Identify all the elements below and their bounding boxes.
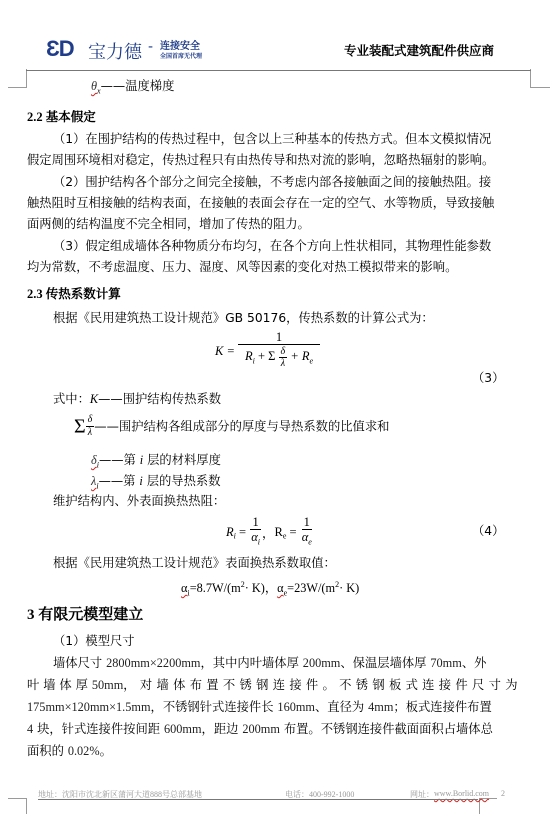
paragraph-8-line-4: 4 块，针式连接件按间距 600mm，距边 200mm 布置。不锈钢连接件截面面… — [27, 721, 493, 737]
paragraph-7: （1）模型尺寸 — [53, 633, 135, 649]
equation-4-number: （4） — [472, 523, 504, 539]
paragraph-2-line-1: （2）围护结构各个部分之间完全接触，不考虑内部各接触面之间的接触热阻。接 — [53, 174, 491, 190]
crop-mark-top-right-h — [530, 87, 550, 88]
paragraph-8-line-3: 175mm×120mm×1.5mm，不锈钢针式连接件长 160mm、直径为 4m… — [27, 699, 492, 715]
sum-definition: Σ δ λ ——围护结构各组成部分的厚度与导热系数的比值求和 — [74, 414, 389, 444]
crop-mark-top-left-v — [26, 69, 27, 88]
where-k-definition: 式中：K——围护结构传热系数 — [53, 391, 221, 407]
lambda-definition: λi——第 i 层的导热系数 — [91, 473, 221, 494]
paragraph-1-line-2: 假定周围环境相对稳定，传热过程只有由热传导和热对流的影响，忽略热辐射的影响。 — [27, 152, 494, 168]
crop-mark-bottom-left-h — [8, 798, 27, 799]
section-2-3-title: 2.3 传热系数计算 — [27, 284, 121, 302]
crop-mark-top-left-h — [8, 87, 27, 88]
alpha-values: αi=8.7W/(m2· K)，αe=23W/(m2· K) — [181, 577, 359, 602]
paragraph-4: 根据《民用建筑热工设计规范》GB 50176，传热系数的计算公式为： — [53, 310, 434, 326]
paragraph-6: 根据《民用建筑热工设计规范》表面换热系数取值： — [53, 555, 336, 571]
paragraph-2-line-3: 面两侧的结构温度不完全相同，增加了传热的阻力。 — [27, 216, 310, 232]
equation-3-number: （3） — [472, 370, 504, 386]
footer-website-link[interactable]: www.Borlid.com — [434, 789, 489, 798]
brand-name: 宝力德 — [88, 38, 142, 64]
brand-slogan-sub: 全国首席无代理 — [160, 51, 202, 60]
footer-rule — [38, 799, 478, 800]
crop-mark-bottom-left-v — [26, 798, 27, 814]
brand-slogan: 连接安全 — [160, 37, 200, 52]
paragraph-1-line-1: （1）在围护结构的传热过程中，包含以上三种基本的传热方式。但本文模拟情况 — [53, 131, 491, 147]
brand-logo-icon: ƐD — [46, 36, 74, 62]
delta-definition: δi——第 i 层的材料厚度 — [91, 452, 221, 473]
section-3-title: 3 有限元模型建立 — [27, 603, 143, 624]
paragraph-2-line-2: 触热阻时互相接触的结构表面，在接触的表面会存在一定的空气、水等物质，导致接触 — [27, 195, 494, 211]
crop-mark-top-right-v — [530, 69, 531, 88]
brand-dash: - — [148, 39, 153, 55]
paragraph-8-line-5: 面积的 0.02%。 — [27, 743, 112, 759]
header-rule — [26, 70, 531, 71]
page-footer: 地址：沈阳市沈北新区蒲河大道888号总部基地 电话：400-992-1000 网… — [38, 789, 508, 801]
section-2-2-title: 2.2 基本假定 — [27, 107, 96, 125]
paragraph-8-line-1: 墙体尺寸 2800mm×2200mm，其中内叶墙体厚 200mm、保温层墙体厚 … — [53, 655, 486, 671]
paragraph-3-line-1: （3）假定组成墙体各种物质分布均匀，在各个方向上性状相同，其物理性能参数 — [53, 238, 491, 254]
header-tagline: 专业装配式建筑配件供应商 — [344, 41, 494, 59]
equation-3: K = 1 Ri + Σ δ λ + Re — [215, 330, 320, 373]
equation-4: Ri = 1 αi ，Re = 1 αe — [226, 515, 314, 550]
paragraph-5: 维护结构内、外表面换热热阻： — [53, 493, 225, 509]
page-number: 2 — [501, 789, 505, 798]
theta-definition: θx——温度梯度 — [91, 78, 174, 99]
paragraph-3-line-2: 均为常数，不考虑温度、压力、湿度、风等因素的变化对热工模拟带来的影响。 — [27, 259, 457, 275]
paragraph-8-line-2: 叶 墙 体 厚 50mm， 对 墙 体 布 置 不 锈 钢 连 接 件 。 不 … — [27, 677, 518, 693]
page-header: ƐD 宝力德 - 连接安全 全国首席无代理 专业装配式建筑配件供应商 — [26, 36, 531, 71]
